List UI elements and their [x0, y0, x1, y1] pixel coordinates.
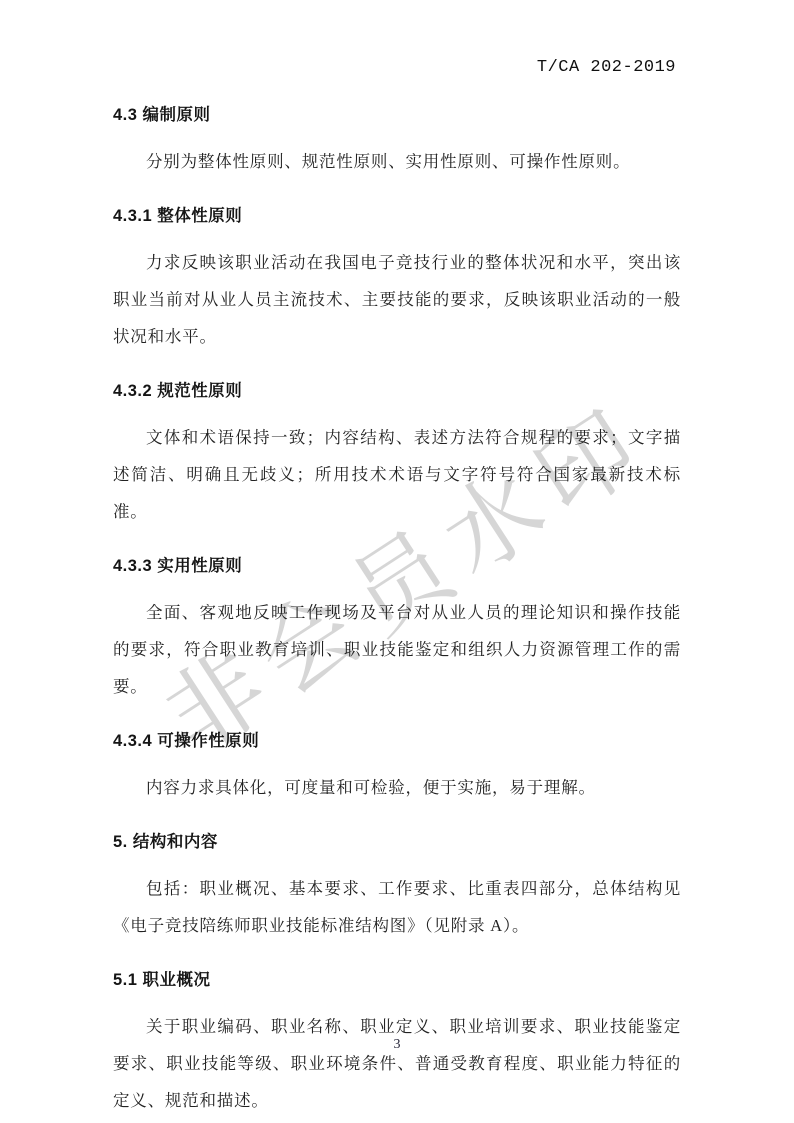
- section-paragraph-4-3-4: 内容力求具体化，可度量和可检验，便于实施，易于理解。: [113, 769, 681, 806]
- section-heading-4-3-3: 4.3.3 实用性原则: [113, 555, 681, 578]
- section-paragraph-4-3-2: 文体和术语保持一致；内容结构、表述方法符合规程的要求；文字描述简洁、明确且无歧义…: [113, 419, 681, 530]
- section-paragraph-5-1: 关于职业编码、职业名称、职业定义、职业培训要求、职业技能鉴定要求、职业技能等级、…: [113, 1008, 681, 1119]
- document-header: T/CA 202-2019: [0, 58, 676, 77]
- section-heading-4-3-1: 4.3.1 整体性原则: [113, 205, 681, 228]
- section-heading-4-3-2: 4.3.2 规范性原则: [113, 380, 681, 403]
- section-paragraph-4-3: 分别为整体性原则、规范性原则、实用性原则、可操作性原则。: [113, 143, 681, 180]
- section-paragraph-5: 包括：职业概况、基本要求、工作要求、比重表四部分，总体结构见《电子竞技陪练师职业…: [113, 870, 681, 944]
- section-heading-4-3-4: 4.3.4 可操作性原则: [113, 730, 681, 753]
- section-paragraph-4-3-1: 力求反映该职业活动在我国电子竞技行业的整体状况和水平，突出该职业当前对从业人员主…: [113, 244, 681, 355]
- section-heading-5: 5. 结构和内容: [113, 831, 681, 854]
- standard-number: T/CA 202-2019: [537, 58, 676, 77]
- section-heading-4-3: 4.3 编制原则: [113, 104, 681, 127]
- page-footer: 3: [0, 1035, 794, 1053]
- section-heading-5-1: 5.1 职业概况: [113, 969, 681, 992]
- document-body: 4.3 编制原则 分别为整体性原则、规范性原则、实用性原则、可操作性原则。 4.…: [113, 104, 681, 1119]
- section-paragraph-4-3-3: 全面、客观地反映工作现场及平台对从业人员的理论知识和操作技能的要求，符合职业教育…: [113, 594, 681, 705]
- page-number: 3: [394, 1037, 401, 1052]
- document-page: T/CA 202-2019 非会员水印 4.3 编制原则 分别为整体性原则、规范…: [0, 0, 794, 1123]
